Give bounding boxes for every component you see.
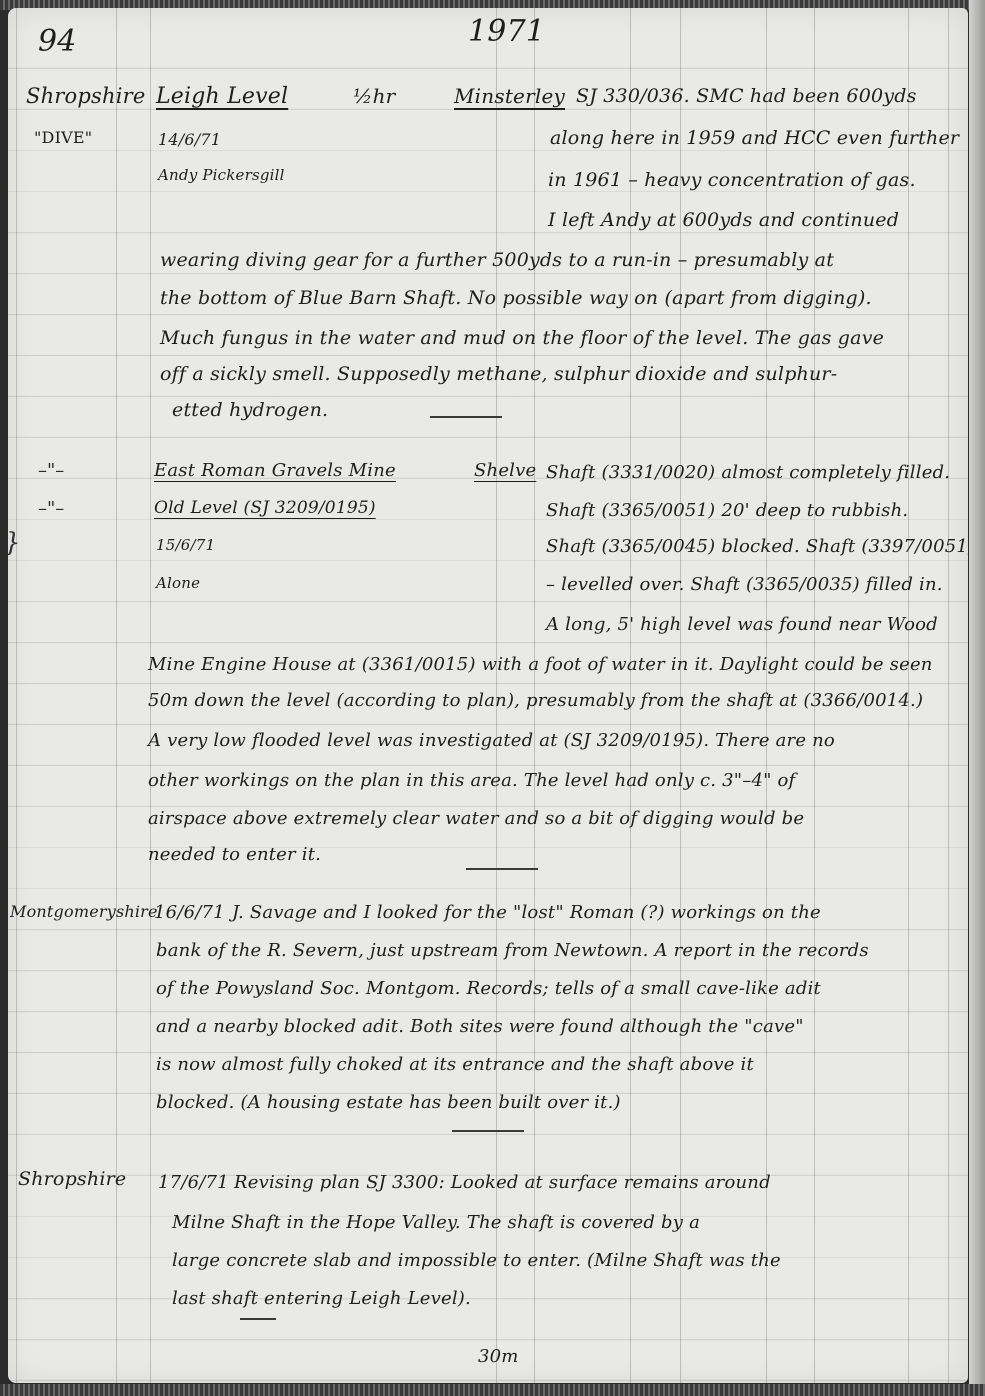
entry-text-line: of the Powysland Soc. Montgom. Records; …: [156, 968, 821, 1009]
tag-ditto: –"–: [38, 498, 64, 519]
page-number: 94: [38, 24, 77, 59]
margin-bracket-mark: }: [8, 528, 21, 558]
entry-date: 17/6/71: [158, 1162, 229, 1203]
entry-text-line: bank of the R. Severn, just upstream fro…: [156, 930, 869, 971]
entry-text-line: Milne Shaft in the Hope Valley. The shaf…: [172, 1202, 700, 1243]
entry-separator: [430, 416, 502, 418]
entry-date: 16/6/71: [154, 892, 225, 933]
entry-site: Leigh Level: [156, 84, 288, 109]
entry-site-sub: Old Level (SJ 3209/0195): [154, 498, 376, 518]
entry-companion: Andy Pickersgill: [158, 166, 285, 184]
entry-text-line: A long, 5' high level was found near Woo…: [546, 604, 938, 645]
entry-text-line: I left Andy at 600yds and continued: [548, 200, 899, 241]
entry-text-line: Shaft (3331/0020) almost completely fill…: [546, 452, 950, 493]
entry-text-line: in 1961 – heavy concentration of gas.: [548, 160, 916, 201]
county-ditto: –"–: [38, 460, 64, 481]
entry-text-line: Mine Engine House at (3361/0015) with a …: [148, 644, 933, 685]
year-heading: 1971: [468, 14, 545, 49]
entry-locality: Shelve: [474, 460, 536, 481]
entry-text-line: etted hydrogen.: [172, 390, 328, 431]
notebook-binding-bottom: [0, 1384, 985, 1396]
entry-companion: Alone: [156, 574, 200, 592]
entry-text-line: 50m down the level (according to plan), …: [148, 680, 923, 721]
column-rule: [948, 8, 949, 1383]
entry-site: East Roman Gravels Mine: [154, 460, 396, 481]
entry-date: 14/6/71: [158, 130, 221, 149]
entry-county: Shropshire: [18, 1168, 126, 1190]
entry-date: 15/6/71: [156, 536, 215, 554]
entry-locality: Minsterley: [454, 84, 565, 108]
entry-text-line: J. Savage and I looked for the "lost" Ro…: [232, 892, 821, 933]
footer-note: 30m: [478, 1346, 519, 1367]
entry-county: Shropshire: [26, 84, 146, 108]
column-rule: [16, 8, 17, 1383]
entry-text-line: is now almost fully choked at its entran…: [156, 1044, 754, 1085]
entry-text-line: and a nearby blocked adit. Both sites we…: [156, 1006, 804, 1047]
entry-duration: ½hr: [353, 84, 395, 108]
entry-text-line: Revising plan SJ 3300: Looked at surface…: [234, 1162, 771, 1203]
entry-text-line: A very low flooded level was investigate…: [148, 720, 835, 761]
entry-text-line: the bottom of Blue Barn Shaft. No possib…: [160, 278, 872, 319]
entry-text-line: last shaft entering Leigh Level).: [172, 1278, 471, 1319]
entry-separator: [466, 868, 538, 870]
entry-text-line: Shaft (3365/0051) 20' deep to rubbish.: [546, 490, 908, 531]
entry-text-line: Much fungus in the water and mud on the …: [160, 318, 884, 359]
notebook-page: 94 1971 Shropshire "DIVE" Leigh Level ½h…: [8, 8, 968, 1383]
entry-text-line: airspace above extremely clear water and…: [148, 798, 804, 839]
entry-separator: [240, 1318, 276, 1320]
entry-text-line: along here in 1959 and HCC even further: [550, 118, 959, 159]
entry-text-line: large concrete slab and impossible to en…: [172, 1240, 781, 1281]
entry-text-line: wearing diving gear for a further 500yds…: [160, 240, 834, 281]
entry-text-line: Shaft (3365/0045) blocked. Shaft (3397/0…: [546, 526, 968, 567]
entry-text-line: off a sickly smell. Supposedly methane, …: [160, 354, 837, 395]
entry-text-line: SJ 330/036. SMC had been 600yds: [576, 76, 917, 117]
adjacent-page-edge: [969, 0, 985, 1396]
entry-text-line: other workings on the plan in this area.…: [148, 760, 795, 801]
entry-text-line: blocked. (A housing estate has been buil…: [156, 1082, 621, 1123]
entry-county: Montgomeryshire: [10, 902, 158, 921]
entry-text-line: – levelled over. Shaft (3365/0035) fille…: [546, 564, 943, 605]
entry-tag: "DIVE": [34, 128, 92, 147]
entry-separator: [452, 1130, 524, 1132]
entry-text-line: needed to enter it.: [148, 834, 321, 875]
